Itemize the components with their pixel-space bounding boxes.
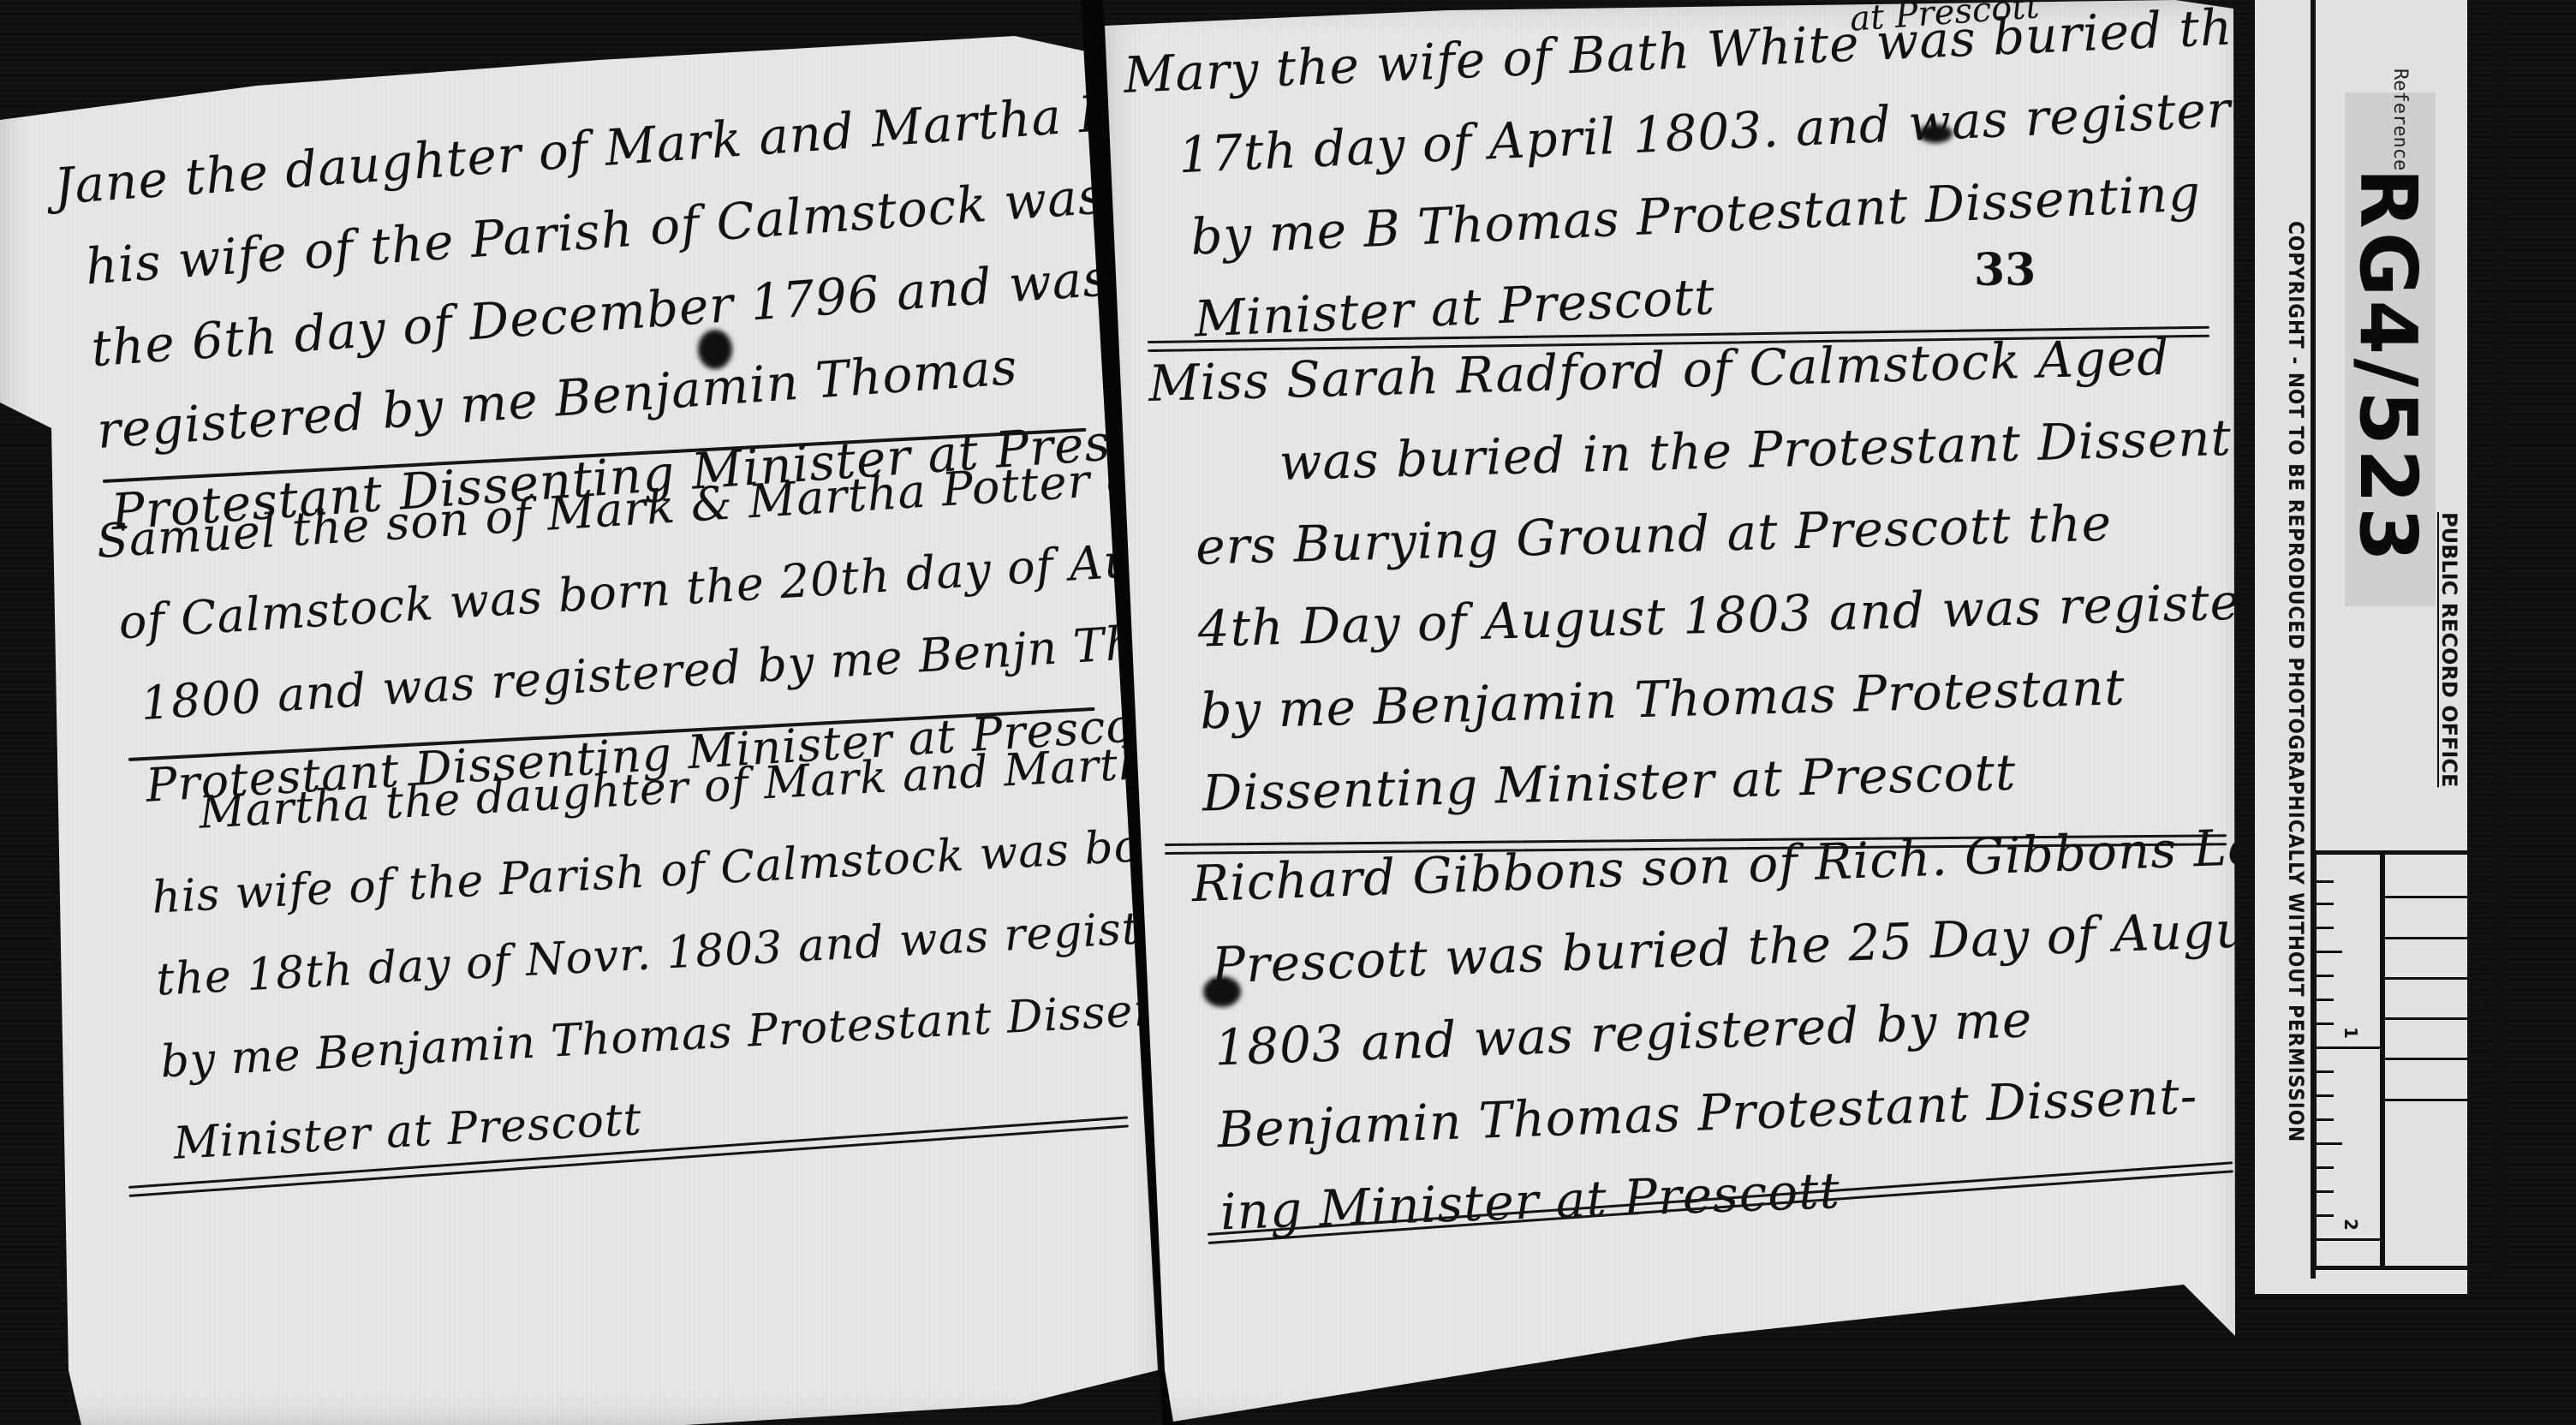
ruler-inch-label: 2	[2340, 1219, 2361, 1231]
ruler-tick	[2317, 1190, 2334, 1193]
ruler-tick	[2317, 1094, 2334, 1097]
ruler-cm-label: 1	[2469, 876, 2490, 888]
strip-bottom-border	[2255, 1294, 2467, 1297]
ruler-tick	[2317, 999, 2334, 1001]
ruler-inch-label: 1	[2340, 1027, 2361, 1039]
ruler-tick	[2385, 1099, 2496, 1101]
ruler-cm-label: 2	[2469, 917, 2490, 929]
ink-blot	[1918, 124, 1953, 143]
ruler-tick	[2317, 927, 2334, 929]
measurement-ruler: 1 2 1 2 3 4 5 6	[2312, 850, 2501, 1270]
ruler-tick	[2317, 1166, 2334, 1169]
ruler-tick	[2385, 1058, 2496, 1060]
ruler-tick	[2317, 903, 2334, 905]
ruler-tick	[2317, 1214, 2334, 1217]
ruler-edge	[2312, 855, 2317, 1266]
ruler-divider	[2380, 855, 2385, 1266]
reference-code: RG4/523	[2342, 168, 2434, 565]
ink-blot	[698, 330, 732, 369]
page-number: 33	[1974, 244, 2036, 296]
right-entry-richard-gibbons: Richard Gibbons son of Rich. Gibbons Len…	[1173, 803, 2341, 1255]
ruler-tick	[2317, 1023, 2334, 1025]
ruler-tick	[2317, 975, 2334, 977]
ruler-tick	[2317, 1070, 2334, 1073]
ruler-tick	[2317, 880, 2334, 883]
ruler-tick	[2385, 937, 2496, 939]
ink-blot	[1203, 976, 1241, 1007]
ruler-cm-label: 5	[2469, 1039, 2490, 1051]
public-record-office-label: PUBLIC RECORD OFFICE	[2437, 512, 2461, 787]
copyright-notice: COPYRIGHT - NOT TO BE REPRODUCED PHOTOGR…	[2284, 221, 2308, 1142]
right-entry-sarah-radford: Miss Sarah Radford of Calmstock Aged was…	[1148, 312, 2333, 836]
ruler-cm-label: 3	[2469, 957, 2490, 969]
right-entry-mary-white: Mary the wife of Bath White was buried t…	[1122, 0, 2303, 363]
ruler-tick	[2317, 1046, 2385, 1049]
ruler-tick	[2385, 1017, 2496, 1020]
ruler-tick	[2317, 1118, 2334, 1121]
ruler-tick	[2317, 1238, 2385, 1241]
ruler-tick	[2385, 977, 2496, 980]
ruler-tick	[2317, 1142, 2342, 1145]
ruler-tick	[2385, 896, 2496, 898]
ruler-tick	[2317, 951, 2342, 953]
ruler-cm-label: 4	[2469, 998, 2490, 1010]
ruler-cm-label: 6	[2469, 1079, 2490, 1091]
